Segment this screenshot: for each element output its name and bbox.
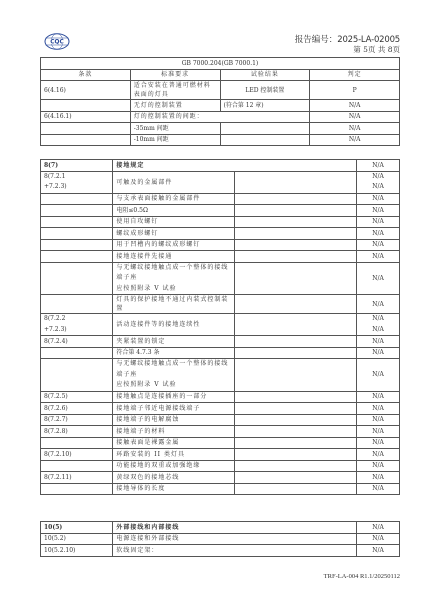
table-row: 8(7.2.8) 接地端子的材料 N/A (41, 426, 400, 438)
section-verdict: N/A (357, 522, 400, 534)
table-row: 使用自攻螺钉 N/A (41, 216, 400, 228)
requirement-cell: 活动连接件等的接地连续性 (113, 314, 235, 336)
verdict-cell: N/A (357, 193, 400, 205)
table-row: 8(7.2.11) 黄绿双色的接地芯线 N/A (41, 472, 400, 484)
verdict-cell: N/A (357, 295, 400, 314)
verdict-cell: N/A (357, 347, 400, 359)
requirement-cell: 灯的控制装置的间距： (130, 111, 310, 123)
requirement-cell: 与无螺纹接地触点成一个整体的接线端子座应按照附录 V 试验 (113, 359, 235, 392)
requirement-cell: 接地端子的材料 (113, 426, 235, 438)
verdict-cell: N/A (357, 205, 400, 217)
clause-cell (41, 483, 113, 495)
result-cell (235, 414, 357, 426)
requirement-cell: 接地连接件先接通 (113, 251, 235, 263)
clause-cell: 8(7.2.7) (41, 414, 113, 426)
requirement-cell: 用于凹槽内的螺纹成形螺钉 (113, 239, 235, 251)
requirement-cell: 灯具的保护接地不通过内装式控制装置 (113, 295, 235, 314)
result-cell (235, 472, 357, 484)
svg-text:CQC: CQC (50, 40, 63, 46)
result-cell: LED 控制装置 (220, 81, 310, 100)
table-row: 8(7.2.2+7.2.3) 活动连接件等的接地连续性 N/AN/A (41, 314, 400, 336)
result-cell (235, 347, 357, 359)
standard-title: GB 7000.204(GB 7000.1) (41, 58, 400, 70)
verdict-cell: N/A (357, 262, 400, 295)
clause-cell: 8(7.2.11) (41, 472, 113, 484)
table-row: 接地连接件先接通 N/A (41, 251, 400, 263)
cqc-globe-icon: CQC (44, 33, 70, 50)
clause-cell: 8(7.2.1+7.2.3) (41, 171, 113, 193)
clause-cell (41, 295, 113, 314)
requirement-cell: 接触表面是裸露金属 (113, 437, 235, 449)
table-row: 功能接地的双重或加强绝缘 N/A (41, 460, 400, 472)
verdict-cell: N/A (357, 216, 400, 228)
result-cell (235, 228, 357, 240)
grounding-table: 8(7) 接地规定 N/A 8(7.2.1+7.2.3) 可触及的金属部件 N/… (40, 159, 400, 495)
clause-cell (41, 216, 113, 228)
table-row: 无灯的控制装置 (符合第 12 章) N/A (41, 100, 400, 112)
clause-cell: 6(4.16.1) (41, 111, 131, 123)
column-header-requirement: 标准要求 (130, 69, 220, 81)
table-row: 8(7.2.6) 接地端子邻近电源接线端子 N/A (41, 403, 400, 415)
verdict-cell: P (310, 81, 400, 100)
requirement-cell: -10mm 间距 (130, 134, 220, 146)
result-cell (235, 359, 357, 392)
result-cell (235, 391, 357, 403)
result-cell (235, 251, 357, 263)
requirement-cell: 与支承表面接触的金属部件 (113, 193, 235, 205)
requirement-cell: 夹紧装置的锁定 (113, 336, 235, 348)
section-title: 外部接线和内部接线 (113, 522, 357, 534)
table-row: 8(7.2.1+7.2.3) 可触及的金属部件 N/AN/A (41, 171, 400, 193)
clause-cell: 8(7.2.5) (41, 391, 113, 403)
result-cell (220, 134, 310, 146)
table-row: -35mm 间距 N/A (41, 123, 400, 135)
table-row: 与支承表面接触的金属部件 N/A (41, 193, 400, 205)
verdict-cell: N/A (357, 533, 400, 545)
table-row: 8(7.2.7) 接地端子的电解腐蚀 N/A (41, 414, 400, 426)
table-row: 与无螺纹接地触点成一个整体的接线端子座应按照附录 V 试验 N/A (41, 262, 400, 295)
result-cell (235, 205, 357, 217)
clause-cell (41, 205, 113, 217)
requirement-cell: 符合第 4.7.3 条 (113, 347, 235, 359)
table-row: 10(5.2) 电源连接和外部接线 N/A (41, 533, 400, 545)
column-header-verdict: 判定 (310, 69, 400, 81)
result-cell (235, 426, 357, 438)
requirement-cell: -35mm 间距 (130, 123, 220, 135)
requirement-cell: 无灯的控制装置 (130, 100, 220, 112)
requirement-cell: 使用自攻螺钉 (113, 216, 235, 228)
table-row: 10(5.2.10) 软线固定架： N/A (41, 545, 400, 557)
requirement-cell: 螺纹成形螺钉 (113, 228, 235, 240)
clause-cell: 10(5.2.10) (41, 545, 113, 557)
clause-cell (41, 251, 113, 263)
cqc-logo: CQC (44, 33, 70, 50)
clause-cell (41, 460, 113, 472)
clause-cell (41, 134, 131, 146)
clause-cell (41, 347, 113, 359)
verdict-cell: N/A (357, 228, 400, 240)
table-row: 灯具的保护接地不通过内装式控制装置 N/A (41, 295, 400, 314)
requirement-cell: 可触及的金属部件 (113, 171, 235, 193)
verdict-cell: N/A (357, 251, 400, 263)
requirement-cell: 接地端子邻近电源接线端子 (113, 403, 235, 415)
requirement-cell: 黄绿双色的接地芯线 (113, 472, 235, 484)
clause-cell (41, 437, 113, 449)
table-row: 电阻≤0.5Ω N/A (41, 205, 400, 217)
table-row: 接触表面是裸露金属 N/A (41, 437, 400, 449)
table-row: 用于凹槽内的螺纹成形螺钉 N/A (41, 239, 400, 251)
result-cell (235, 336, 357, 348)
clause-cell (41, 123, 131, 135)
table-row: 8(7.2.5) 接地触点是连接插座的一部分 N/A (41, 391, 400, 403)
requirement-cell: 电阻≤0.5Ω (113, 205, 235, 217)
column-header-clause: 条款 (41, 69, 131, 81)
section-header-row: 8(7) 接地规定 N/A (41, 160, 400, 172)
verdict-cell: N/A (357, 483, 400, 495)
verdict-cell: N/AN/A (357, 314, 400, 336)
verdict-cell: N/A (357, 460, 400, 472)
requirement-cell: 软线固定架： (113, 545, 357, 557)
verdict-cell: N/A (357, 403, 400, 415)
result-cell (235, 403, 357, 415)
wiring-table: 10(5) 外部接线和内部接线 N/A 10(5.2) 电源连接和外部接线 N/… (40, 521, 400, 557)
result-cell (235, 437, 357, 449)
requirement-cell: 接地导体的长度 (113, 483, 235, 495)
form-code: TRF-LA-004 R1.1/20250112 (324, 573, 400, 580)
requirement-cell: 环路安装的 II 类灯具 (113, 449, 235, 461)
verdict-cell: N/A (357, 336, 400, 348)
requirement-cell: 与无螺纹接地触点成一个整体的接线端子座应按照附录 V 试验 (113, 262, 235, 295)
verdict-cell: N/A (357, 449, 400, 461)
clause-cell: 8(7.2.8) (41, 426, 113, 438)
verdict-cell: N/A (357, 414, 400, 426)
requirement-cell: 适合安装在普通可燃材料表面的灯具 (130, 81, 220, 100)
clause-cell (41, 228, 113, 240)
result-cell (235, 239, 357, 251)
requirement-cell: 功能接地的双重或加强绝缘 (113, 460, 235, 472)
clause-cell (41, 239, 113, 251)
clause-cell: 6(4.16) (41, 81, 131, 100)
standard-table: GB 7000.204(GB 7000.1) 条款 标准要求 试验结果 判定 6… (40, 57, 400, 146)
result-cell (235, 314, 357, 336)
result-cell (235, 262, 357, 295)
table-row: 与无螺纹接地触点成一个整体的接线端子座应按照附录 V 试验 N/A (41, 359, 400, 392)
result-cell (235, 449, 357, 461)
table-row: 符合第 4.7.3 条 N/A (41, 347, 400, 359)
verdict-cell: N/A (357, 437, 400, 449)
verdict-cell: N/A (357, 472, 400, 484)
section-clause: 10(5) (41, 522, 113, 534)
table-row: 8(7.2.10) 环路安装的 II 类灯具 N/A (41, 449, 400, 461)
clause-cell (41, 262, 113, 295)
clause-cell: 8(7.2.6) (41, 403, 113, 415)
clause-cell: 8(7.2.4) (41, 336, 113, 348)
column-header-result: 试验结果 (220, 69, 310, 81)
result-cell (235, 193, 357, 205)
verdict-cell: N/A (357, 426, 400, 438)
column-header-row: 条款 标准要求 试验结果 判定 (41, 69, 400, 81)
section-title: 接地规定 (113, 160, 357, 172)
section-clause: 8(7) (41, 160, 113, 172)
requirement-cell: 接地端子的电解腐蚀 (113, 414, 235, 426)
verdict-cell: N/A (310, 134, 400, 146)
result-cell (235, 483, 357, 495)
table-row: 8(7.2.4) 夹紧装置的锁定 N/A (41, 336, 400, 348)
verdict-cell: N/A (310, 111, 400, 123)
table-row: 6(4.16) 适合安装在普通可燃材料表面的灯具 LED 控制装置 P (41, 81, 400, 100)
verdict-cell: N/A (310, 123, 400, 135)
requirement-cell: 电源连接和外部接线 (113, 533, 357, 545)
result-cell (235, 295, 357, 314)
table-row: -10mm 间距 N/A (41, 134, 400, 146)
verdict-cell: N/AN/A (357, 171, 400, 193)
table-row: 螺纹成形螺钉 N/A (41, 228, 400, 240)
clause-cell: 8(7.2.10) (41, 449, 113, 461)
page-info: 第 5页 共 8页 (353, 44, 400, 55)
clause-cell (41, 193, 113, 205)
verdict-cell: N/A (357, 239, 400, 251)
requirement-cell: 接地触点是连接插座的一部分 (113, 391, 235, 403)
report-number-label: 报告编号： (295, 35, 338, 45)
result-cell: (符合第 12 章) (220, 100, 310, 112)
section-header-row: 10(5) 外部接线和内部接线 N/A (41, 522, 400, 534)
section-verdict: N/A (357, 160, 400, 172)
verdict-cell: N/A (357, 545, 400, 557)
verdict-cell: N/A (357, 359, 400, 392)
clause-cell: 10(5.2) (41, 533, 113, 545)
clause-cell (41, 100, 131, 112)
result-cell (235, 171, 357, 193)
table-row: 接地导体的长度 N/A (41, 483, 400, 495)
clause-cell: 8(7.2.2+7.2.3) (41, 314, 113, 336)
verdict-cell: N/A (310, 100, 400, 112)
verdict-cell: N/A (357, 391, 400, 403)
result-cell (235, 216, 357, 228)
clause-cell (41, 359, 113, 392)
standard-row: GB 7000.204(GB 7000.1) (41, 58, 400, 70)
result-cell (220, 123, 310, 135)
table-row: 6(4.16.1) 灯的控制装置的间距： N/A (41, 111, 400, 123)
result-cell (235, 460, 357, 472)
